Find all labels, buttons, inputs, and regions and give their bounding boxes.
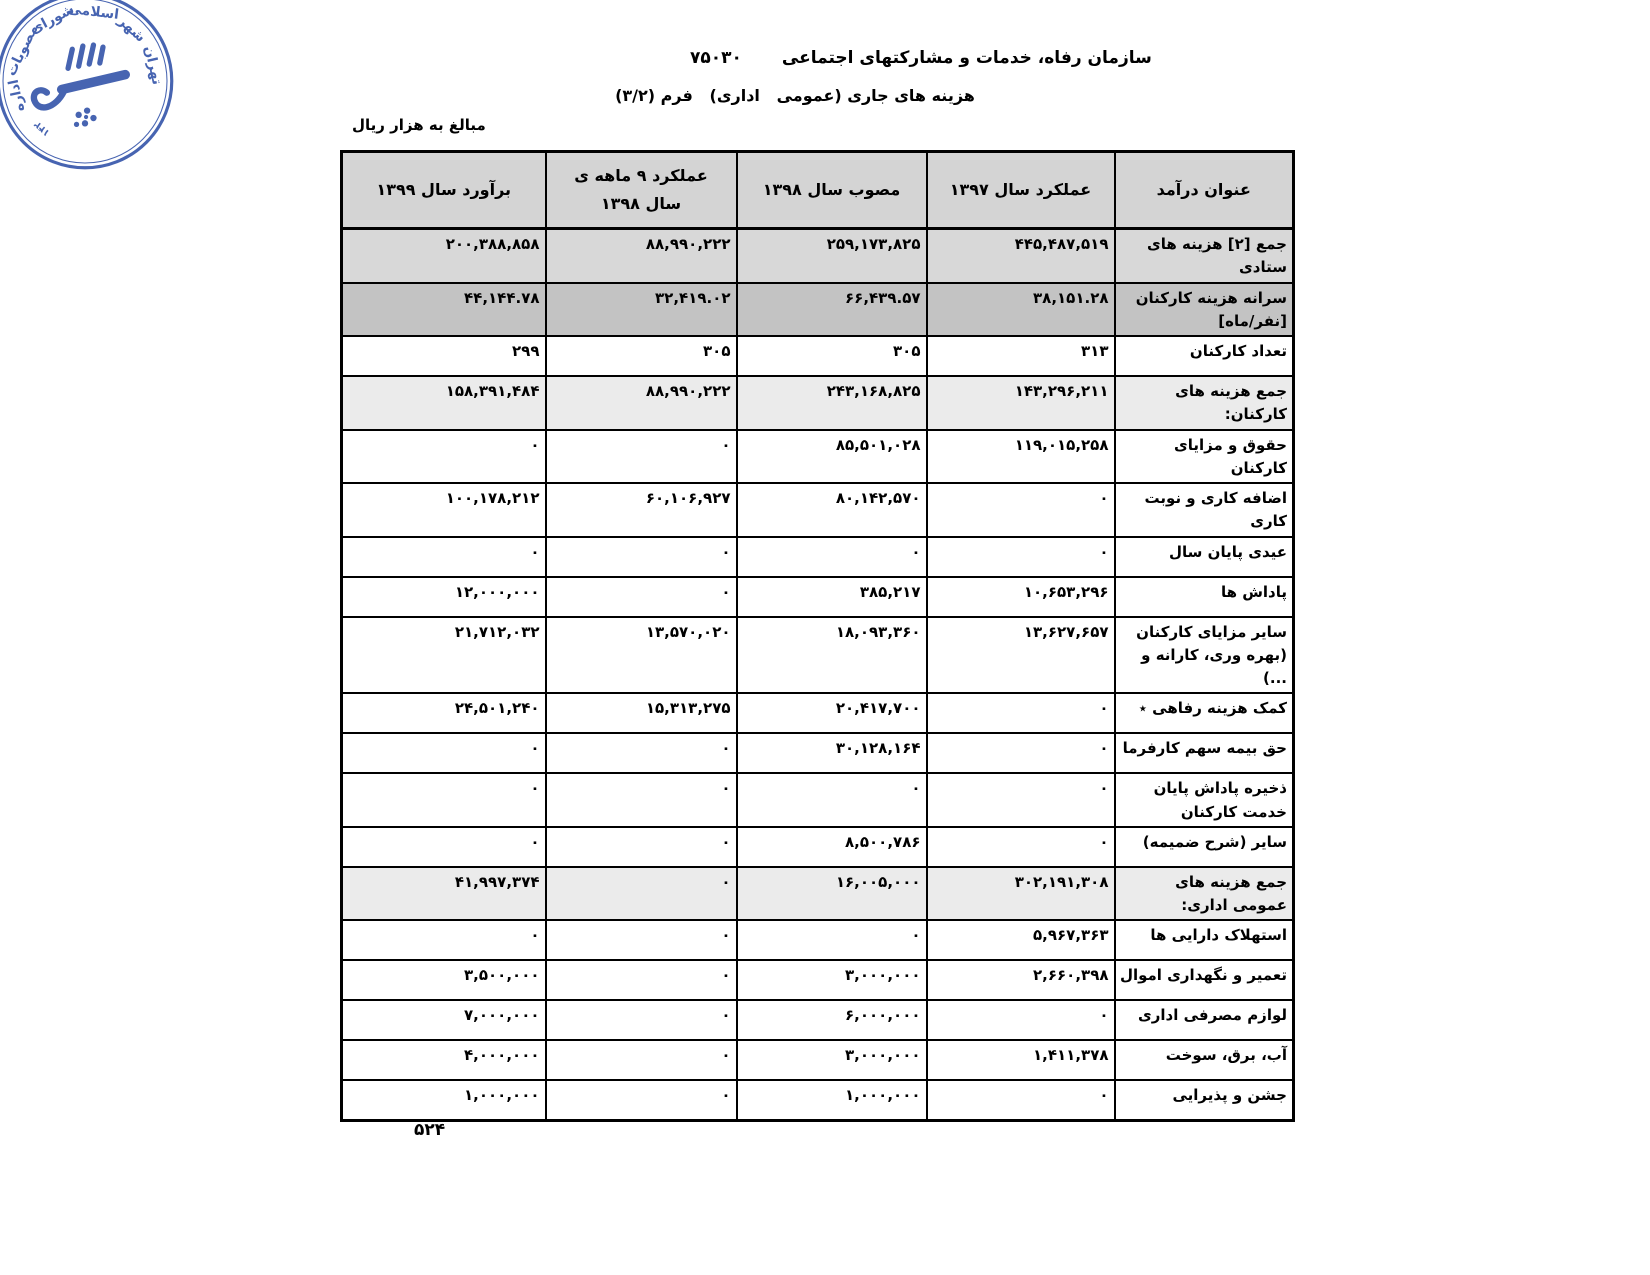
- budget-table: عنوان درآمدعملکرد سال ۱۳۹۷مصوب سال ۱۳۹۸ع…: [340, 150, 1295, 1122]
- cell-approved-1398: ۳۰,۱۲۸,۱۶۴: [737, 733, 927, 773]
- cell-perf-1397: ۰: [927, 733, 1115, 773]
- row-label: جمع [۲] هزینه های ستادی: [1115, 229, 1294, 283]
- table-row: آب، برق، سوخت۱,۴۱۱,۳۷۸۳,۰۰۰,۰۰۰۰۴,۰۰۰,۰۰…: [342, 1040, 1294, 1080]
- cell-estimate-1399: ۲۹۹: [342, 336, 546, 376]
- table-row: سایر (شرح ضمیمه)۰۸,۵۰۰,۷۸۶۰۰: [342, 827, 1294, 867]
- budget-table-wrap: عنوان درآمدعملکرد سال ۱۳۹۷مصوب سال ۱۳۹۸ع…: [340, 150, 1292, 1122]
- cell-9month-1398: ۰: [546, 960, 737, 1000]
- cell-approved-1398: ۸,۵۰۰,۷۸۶: [737, 827, 927, 867]
- cell-9month-1398: ۸۸,۹۹۰,۲۲۲: [546, 229, 737, 283]
- cell-approved-1398: ۳,۰۰۰,۰۰۰: [737, 1040, 927, 1080]
- cell-estimate-1399: ۴۴,۱۴۴.۷۸: [342, 283, 546, 337]
- cell-perf-1397: ۰: [927, 1080, 1115, 1121]
- cell-approved-1398: ۰: [737, 773, 927, 827]
- cell-9month-1398: ۰: [546, 867, 737, 921]
- cell-estimate-1399: ۲۱,۷۱۲,۰۳۲: [342, 617, 546, 694]
- cell-estimate-1399: ۰: [342, 827, 546, 867]
- row-label: حق بیمه سهم کارفرما: [1115, 733, 1294, 773]
- cell-approved-1398: ۳۸۵,۲۱۷: [737, 577, 927, 617]
- cell-estimate-1399: ۰: [342, 733, 546, 773]
- cell-9month-1398: ۱۵,۳۱۳,۲۷۵: [546, 693, 737, 733]
- row-label: لوازم مصرفی اداری: [1115, 1000, 1294, 1040]
- cell-approved-1398: ۲۰,۴۱۷,۷۰۰: [737, 693, 927, 733]
- table-header: عنوان درآمدعملکرد سال ۱۳۹۷مصوب سال ۱۳۹۸ع…: [342, 152, 1294, 229]
- cell-approved-1398: ۱۸,۰۹۳,۳۶۰: [737, 617, 927, 694]
- row-label: تعمیر و نگهداری اموال: [1115, 960, 1294, 1000]
- cell-perf-1397: ۱,۴۱۱,۳۷۸: [927, 1040, 1115, 1080]
- document-title-row: ۷۵۰۳۰ سازمان رفاه، خدمات و مشارکتهای اجت…: [690, 48, 1152, 68]
- row-label: سایر (شرح ضمیمه): [1115, 827, 1294, 867]
- cell-approved-1398: ۱,۰۰۰,۰۰۰: [737, 1080, 927, 1121]
- row-label: حقوق و مزایای کارکنان: [1115, 430, 1294, 484]
- stamp-ring-word: اداره: [6, 78, 28, 113]
- cell-approved-1398: ۸۰,۱۴۲,۵۷۰: [737, 483, 927, 537]
- row-label: سایر مزایای کارکنان (بهره وری، کارانه و …: [1115, 617, 1294, 694]
- document-page: ادارهمصوباتشورایاسلامیشهرتهران ۱۴۲: [0, 0, 1650, 1275]
- cell-9month-1398: ۰: [546, 827, 737, 867]
- document-subtitle: هزینه های جاری (عمومی اداری) فرم (۳/۲): [615, 86, 975, 105]
- cell-approved-1398: ۳۰۵: [737, 336, 927, 376]
- cell-perf-1397: ۰: [927, 773, 1115, 827]
- row-label: تعداد کارکنان: [1115, 336, 1294, 376]
- cell-estimate-1399: ۱,۰۰۰,۰۰۰: [342, 1080, 546, 1121]
- table-row: حق بیمه سهم کارفرما۰۳۰,۱۲۸,۱۶۴۰۰: [342, 733, 1294, 773]
- cell-9month-1398: ۶۰,۱۰۶,۹۲۷: [546, 483, 737, 537]
- cell-approved-1398: ۶۶,۴۳۹.۵۷: [737, 283, 927, 337]
- row-label: پاداش ها: [1115, 577, 1294, 617]
- cell-estimate-1399: ۲۰۰,۳۸۸,۸۵۸: [342, 229, 546, 283]
- cell-9month-1398: ۰: [546, 1000, 737, 1040]
- table-row: تعداد کارکنان۳۱۳۳۰۵۳۰۵۲۹۹: [342, 336, 1294, 376]
- table-body: جمع [۲] هزینه های ستادی۴۴۵,۴۸۷,۵۱۹۲۵۹,۱۷…: [342, 229, 1294, 1121]
- table-row: سایر مزایای کارکنان (بهره وری، کارانه و …: [342, 617, 1294, 694]
- table-row: تعمیر و نگهداری اموال۲,۶۶۰,۳۹۸۳,۰۰۰,۰۰۰۰…: [342, 960, 1294, 1000]
- column-header: برآورد سال ۱۳۹۹: [342, 152, 546, 229]
- cell-9month-1398: ۳۲,۴۱۹.۰۲: [546, 283, 737, 337]
- cell-estimate-1399: ۲۴,۵۰۱,۲۴۰: [342, 693, 546, 733]
- cell-perf-1397: ۵,۹۶۷,۳۶۳: [927, 920, 1115, 960]
- council-stamp: ادارهمصوباتشورایاسلامیشهرتهران ۱۴۲: [0, 0, 176, 172]
- table-row: استهلاک دارایی ها۵,۹۶۷,۳۶۳۰۰۰: [342, 920, 1294, 960]
- stamp-number: ۱۴۲: [32, 118, 52, 138]
- cell-9month-1398: ۱۳,۵۷۰,۰۲۰: [546, 617, 737, 694]
- cell-approved-1398: ۶,۰۰۰,۰۰۰: [737, 1000, 927, 1040]
- cell-approved-1398: ۰: [737, 920, 927, 960]
- cell-perf-1397: ۱۱۹,۰۱۵,۲۵۸: [927, 430, 1115, 484]
- row-label: کمک هزینه رفاهی ٭: [1115, 693, 1294, 733]
- cell-approved-1398: ۸۵,۵۰۱,۰۲۸: [737, 430, 927, 484]
- row-label: جمع هزینه های کارکنان:: [1115, 376, 1294, 430]
- cell-estimate-1399: ۷,۰۰۰,۰۰۰: [342, 1000, 546, 1040]
- cell-perf-1397: ۱۳,۶۲۷,۶۵۷: [927, 617, 1115, 694]
- cell-estimate-1399: ۳,۵۰۰,۰۰۰: [342, 960, 546, 1000]
- column-header: مصوب سال ۱۳۹۸: [737, 152, 927, 229]
- column-header: عملکرد سال ۱۳۹۷: [927, 152, 1115, 229]
- cell-9month-1398: ۰: [546, 577, 737, 617]
- cell-estimate-1399: ۴,۰۰۰,۰۰۰: [342, 1040, 546, 1080]
- cell-estimate-1399: ۱۲,۰۰۰,۰۰۰: [342, 577, 546, 617]
- stamp-emblem: [34, 45, 125, 127]
- cell-9month-1398: ۰: [546, 430, 737, 484]
- cell-estimate-1399: ۱۵۸,۳۹۱,۴۸۴: [342, 376, 546, 430]
- page-number: ۵۲۴: [414, 1120, 445, 1140]
- cell-approved-1398: ۱۶,۰۰۵,۰۰۰: [737, 867, 927, 921]
- cell-approved-1398: ۲۴۳,۱۶۸,۸۲۵: [737, 376, 927, 430]
- table-row: جمع [۲] هزینه های ستادی۴۴۵,۴۸۷,۵۱۹۲۵۹,۱۷…: [342, 229, 1294, 283]
- cell-estimate-1399: ۱۰۰,۱۷۸,۲۱۲: [342, 483, 546, 537]
- table-row: پاداش ها۱۰,۶۵۳,۲۹۶۳۸۵,۲۱۷۰۱۲,۰۰۰,۰۰۰: [342, 577, 1294, 617]
- cell-9month-1398: ۸۸,۹۹۰,۲۲۲: [546, 376, 737, 430]
- cell-9month-1398: ۳۰۵: [546, 336, 737, 376]
- table-row: سرانه هزینه کارکنان [نفر/ماه]۳۸,۱۵۱.۲۸۶۶…: [342, 283, 1294, 337]
- cell-perf-1397: ۲,۶۶۰,۳۹۸: [927, 960, 1115, 1000]
- row-label: جشن و پذیرایی: [1115, 1080, 1294, 1121]
- row-label: سرانه هزینه کارکنان [نفر/ماه]: [1115, 283, 1294, 337]
- cell-estimate-1399: ۰: [342, 537, 546, 577]
- table-row: اضافه کاری و نوبت کاری۰۸۰,۱۴۲,۵۷۰۶۰,۱۰۶,…: [342, 483, 1294, 537]
- row-label: جمع هزینه های عمومی اداری:: [1115, 867, 1294, 921]
- cell-9month-1398: ۰: [546, 1080, 737, 1121]
- cell-estimate-1399: ۰: [342, 430, 546, 484]
- table-row: کمک هزینه رفاهی ٭۰۲۰,۴۱۷,۷۰۰۱۵,۳۱۳,۲۷۵۲۴…: [342, 693, 1294, 733]
- stamp-ring-word: اسلامی: [67, 1, 120, 23]
- cell-estimate-1399: ۴۱,۹۹۷,۳۷۴: [342, 867, 546, 921]
- row-label: اضافه کاری و نوبت کاری: [1115, 483, 1294, 537]
- org-name: سازمان رفاه، خدمات و مشارکتهای اجتماعی: [782, 48, 1152, 68]
- cell-perf-1397: ۴۴۵,۴۸۷,۵۱۹: [927, 229, 1115, 283]
- cell-perf-1397: ۳۰۲,۱۹۱,۳۰۸: [927, 867, 1115, 921]
- cell-perf-1397: ۰: [927, 537, 1115, 577]
- stamp-graphic: ادارهمصوباتشورایاسلامیشهرتهران ۱۴۲: [0, 0, 176, 172]
- table-row: عیدی پایان سال۰۰۰۰: [342, 537, 1294, 577]
- amounts-unit-note: مبالغ به هزار ریال: [352, 116, 486, 134]
- cell-approved-1398: ۰: [737, 537, 927, 577]
- cell-perf-1397: ۱۰,۶۵۳,۲۹۶: [927, 577, 1115, 617]
- cell-9month-1398: ۰: [546, 537, 737, 577]
- cell-estimate-1399: ۰: [342, 773, 546, 827]
- cell-perf-1397: ۱۴۳,۲۹۶,۲۱۱: [927, 376, 1115, 430]
- cell-perf-1397: ۰: [927, 827, 1115, 867]
- header-row: عنوان درآمدعملکرد سال ۱۳۹۷مصوب سال ۱۳۹۸ع…: [342, 152, 1294, 229]
- cell-9month-1398: ۰: [546, 733, 737, 773]
- cell-perf-1397: ۳۱۳: [927, 336, 1115, 376]
- table-row: جشن و پذیرایی۰۱,۰۰۰,۰۰۰۰۱,۰۰۰,۰۰۰: [342, 1080, 1294, 1121]
- cell-approved-1398: ۲۵۹,۱۷۳,۸۲۵: [737, 229, 927, 283]
- cell-perf-1397: ۳۸,۱۵۱.۲۸: [927, 283, 1115, 337]
- cell-9month-1398: ۰: [546, 920, 737, 960]
- cell-approved-1398: ۳,۰۰۰,۰۰۰: [737, 960, 927, 1000]
- cell-9month-1398: ۰: [546, 1040, 737, 1080]
- table-row: جمع هزینه های کارکنان:۱۴۳,۲۹۶,۲۱۱۲۴۳,۱۶۸…: [342, 376, 1294, 430]
- row-label: آب، برق، سوخت: [1115, 1040, 1294, 1080]
- row-label: عیدی پایان سال: [1115, 537, 1294, 577]
- table-row: ذخیره پاداش پایان خدمت کارکنان۰۰۰۰: [342, 773, 1294, 827]
- column-header: عنوان درآمد: [1115, 152, 1294, 229]
- table-row: حقوق و مزایای کارکنان۱۱۹,۰۱۵,۲۵۸۸۵,۵۰۱,۰…: [342, 430, 1294, 484]
- cell-9month-1398: ۰: [546, 773, 737, 827]
- cell-estimate-1399: ۰: [342, 920, 546, 960]
- row-label: استهلاک دارایی ها: [1115, 920, 1294, 960]
- column-header: عملکرد ۹ ماهه ی سال ۱۳۹۸: [546, 152, 737, 229]
- cell-perf-1397: ۰: [927, 483, 1115, 537]
- org-code: ۷۵۰۳۰: [690, 48, 742, 68]
- table-row: جمع هزینه های عمومی اداری:۳۰۲,۱۹۱,۳۰۸۱۶,…: [342, 867, 1294, 921]
- row-label: ذخیره پاداش پایان خدمت کارکنان: [1115, 773, 1294, 827]
- table-row: لوازم مصرفی اداری۰۶,۰۰۰,۰۰۰۰۷,۰۰۰,۰۰۰: [342, 1000, 1294, 1040]
- cell-perf-1397: ۰: [927, 1000, 1115, 1040]
- cell-perf-1397: ۰: [927, 693, 1115, 733]
